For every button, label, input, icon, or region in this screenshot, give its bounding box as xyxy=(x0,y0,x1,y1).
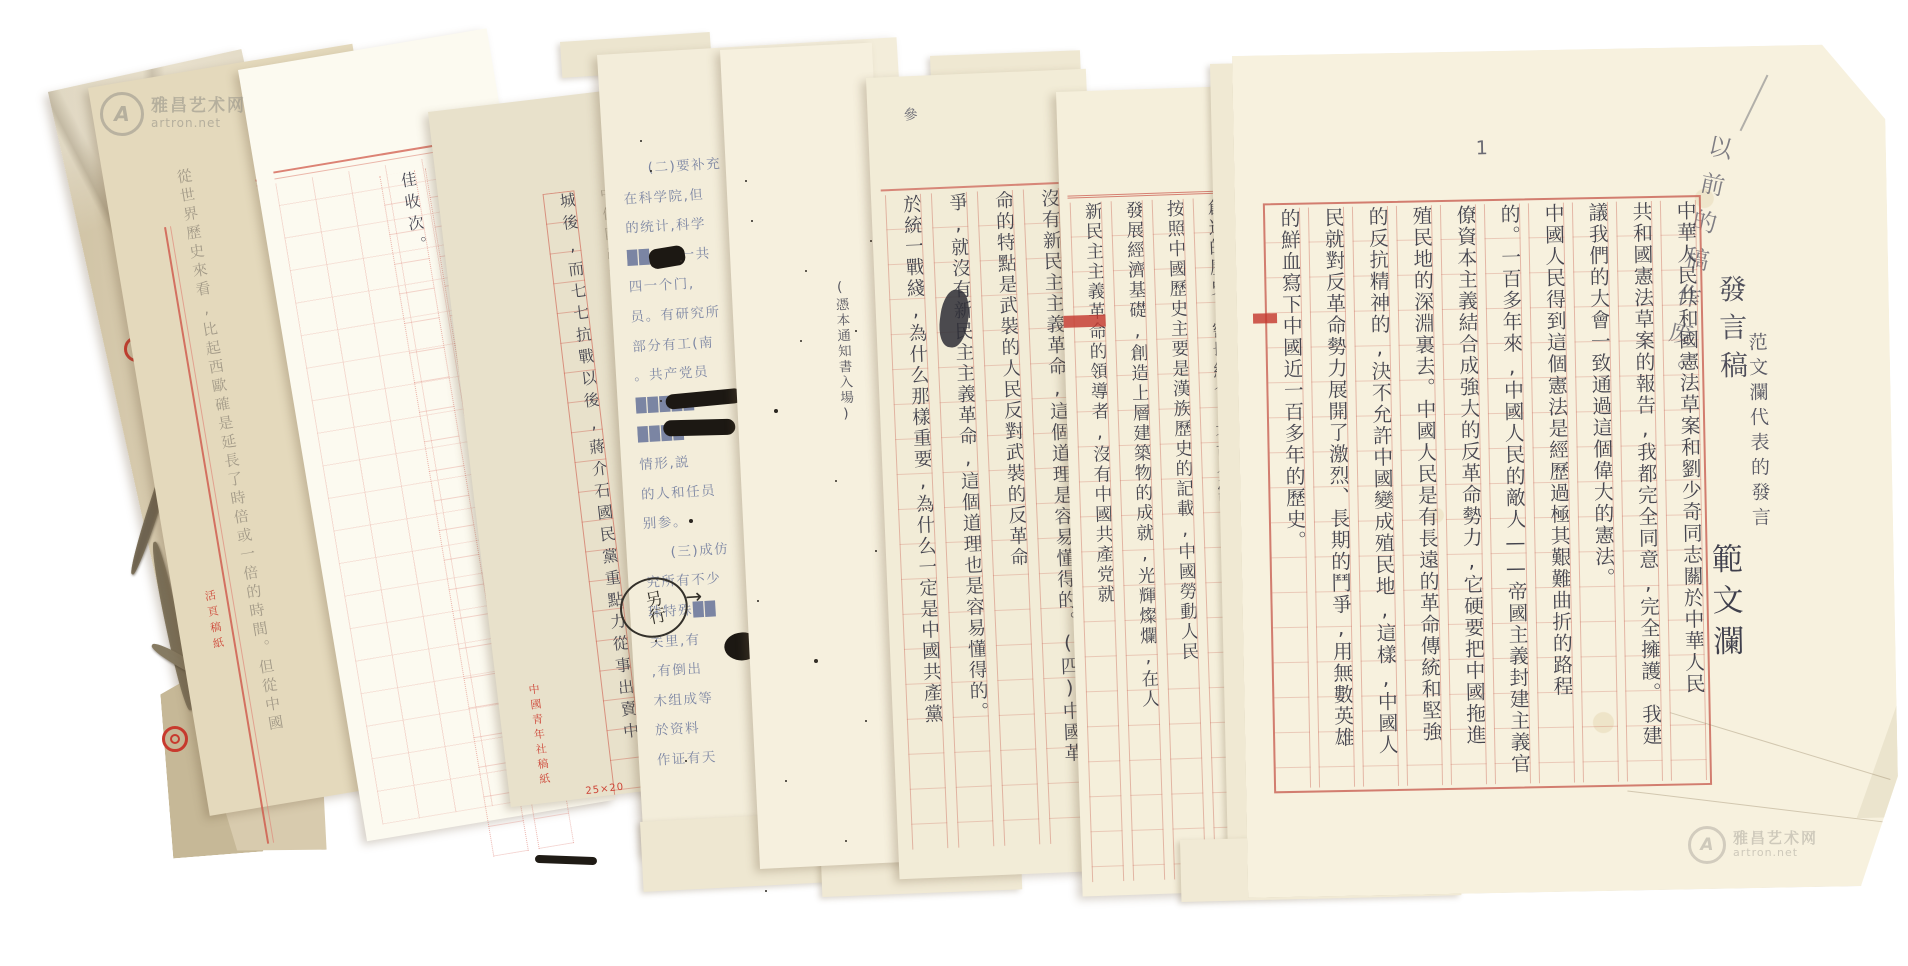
photo-stage: 從世界歷史來看,比起西歐確是延長了時倍或一倍的時間。但從中國 活頁稿紙 (7)讀… xyxy=(0,0,1908,966)
handwritten-column: 的鮮血寫下中國近一百多年的歷史。 xyxy=(1264,208,1311,789)
handwritten-columns: 沒有新民主主義革命,這個道理是容易懂得的。(四)中國革命的特點是武裝的人民反對武… xyxy=(881,182,1087,850)
handwritten-note: (憑本通知書入場) xyxy=(829,279,858,465)
handwritten-column: 中華人民共和國憲法草案和劉少奇同志關於中華人民 xyxy=(1660,200,1707,781)
ink-speckles xyxy=(640,140,642,142)
watermark-site-domain: artron.net xyxy=(151,117,246,131)
site-watermark: A 雅昌艺术网 artron.net xyxy=(100,92,246,136)
censor-ink-bar xyxy=(663,419,735,437)
handwritten-columns: 中華人民共和國憲法草案和劉少奇同志關於中華人民共和國憲法草案的報告,我都完全同意… xyxy=(1263,195,1712,793)
paper-brand-label: 活頁稿紙 xyxy=(201,589,227,655)
sheet-title-page: 1 以前的稿作废。 發言稿 范文瀾代表的發言 範文瀾 中華人民共和國憲法草案和劉… xyxy=(1232,43,1900,897)
watermark-logo-icon: A xyxy=(1688,826,1726,864)
annotation-text: 另行 xyxy=(638,588,669,626)
page-mark: 參 xyxy=(903,104,918,125)
watermark-logo-icon: A xyxy=(100,92,144,136)
handwritten-column: 殖民地的深淵裏去。中國人民是有長遠的革命傳統和堅強 xyxy=(1396,205,1443,786)
handwritten-column: 中國人民得到這個憲法是經歷過極其艱難曲折的路程 xyxy=(1528,203,1575,784)
ink-streak xyxy=(535,855,597,865)
paper-crease xyxy=(1627,790,1885,822)
handwritten-column: 的。一百多年來,中國人民的敵人——帝國主義封建主義官 xyxy=(1484,204,1531,785)
handwritten-column: 民就對反革命勢力展開了激烈、長期的鬥爭,用無數英雄 xyxy=(1308,207,1355,788)
red-correction-mark xyxy=(1063,314,1105,327)
watermark-site-name: 雅昌艺术网 xyxy=(1733,830,1818,847)
handwritten-column: 僚資本主義結合成強大的反革命勢力,它硬要把中國拖進 xyxy=(1440,204,1487,785)
grid-size-mark: 25×20 xyxy=(585,782,625,798)
pencil-line xyxy=(1740,75,1769,132)
paper-brand-label: 中國青年社稿紙 xyxy=(524,683,552,789)
binding-grommet xyxy=(162,726,188,752)
dog-ear-fold xyxy=(1855,705,1899,818)
site-watermark: A 雅昌艺术网 artron.net xyxy=(1688,826,1818,864)
arrow-right-mark: → xyxy=(685,584,703,609)
handwritten-column: 議我們的大會一致通過這個偉大的憲法。 xyxy=(1572,202,1619,783)
document-byline: 范文瀾代表的發言 xyxy=(1743,332,1775,592)
pencil-page-number: 1 xyxy=(1476,137,1489,159)
watermark-site-name: 雅昌艺术网 xyxy=(151,97,246,117)
watermark-site-domain: artron.net xyxy=(1733,847,1818,860)
ink-speckles xyxy=(745,180,747,182)
handwritten-column: 的反抗精神的,決不允許中國變成殖民地,這樣,中國人 xyxy=(1352,206,1399,787)
handwritten-column: 共和國憲法草案的報告,我都完全同意,完全擁護。我建 xyxy=(1616,201,1663,782)
red-correction-mark xyxy=(1253,313,1277,323)
